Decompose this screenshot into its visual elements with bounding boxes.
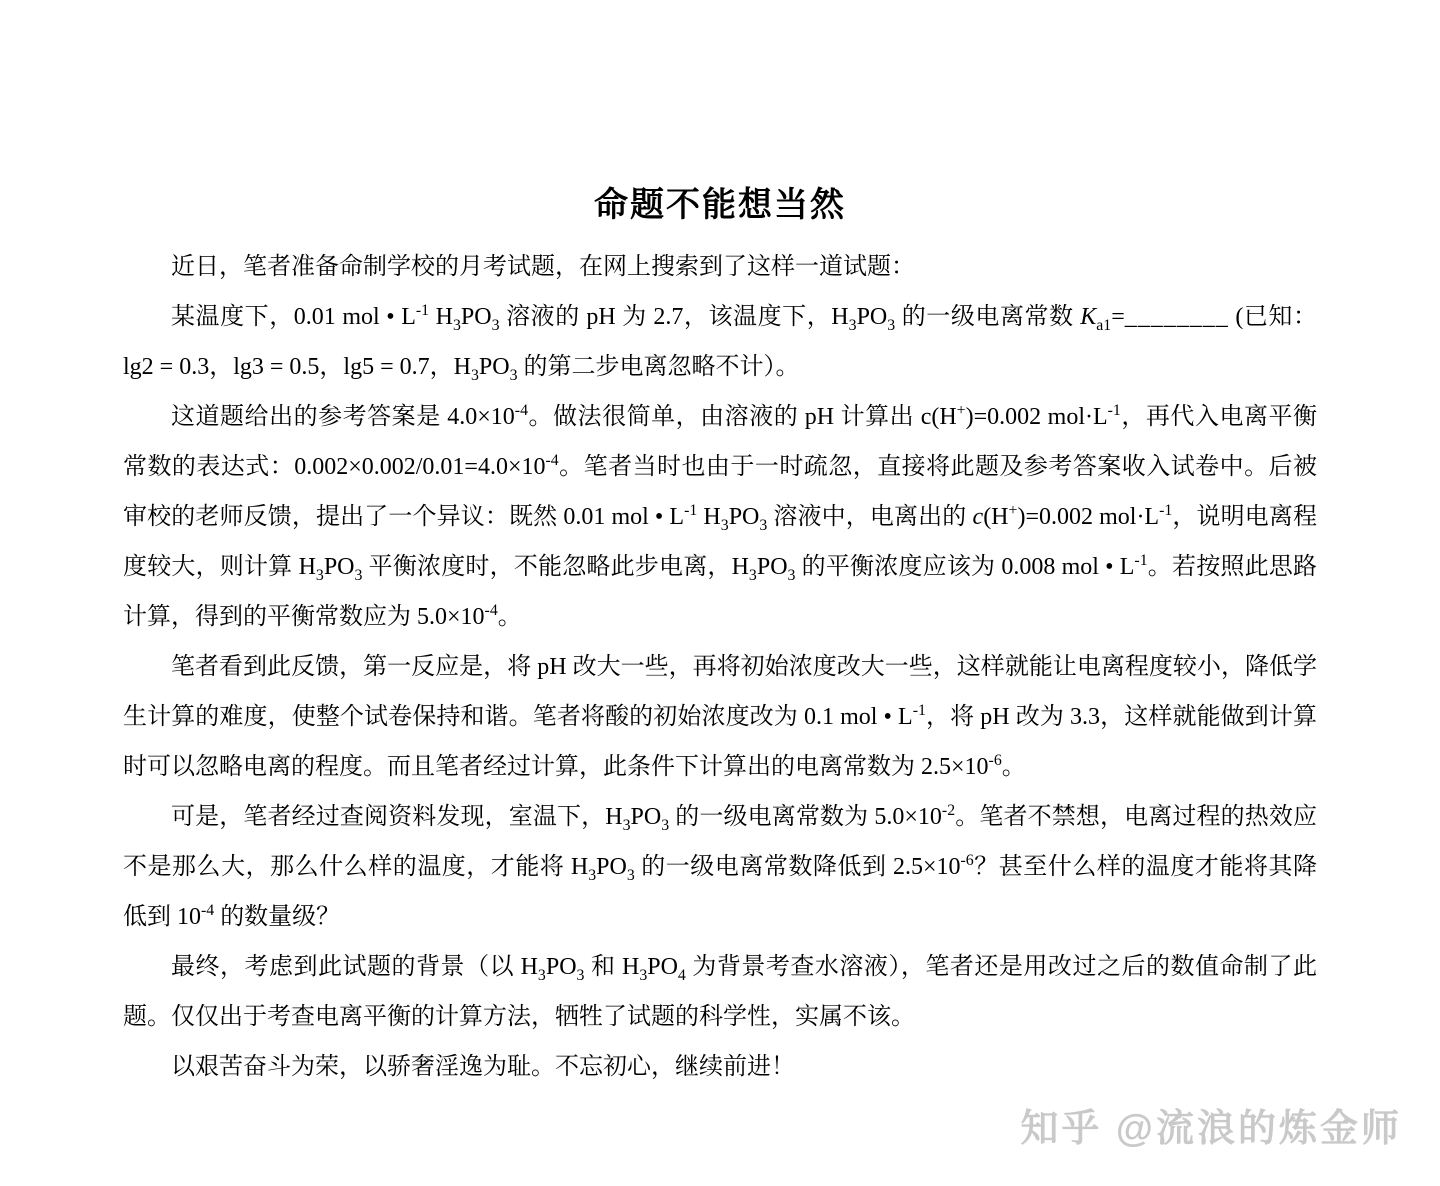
watermark: 知乎 @流浪的炼金师 xyxy=(1020,1097,1402,1152)
paragraph: 这道题给出的参考答案是 4.0×10-4。做法很简单，由溶液的 pH 计算出 c… xyxy=(123,392,1317,642)
paragraph: 可是，笔者经过查阅资料发现，室温下，H3PO3 的一级电离常数为 5.0×10-… xyxy=(123,792,1317,942)
paragraph: 最终，考虑到此试题的背景（以 H3PO3 和 H3PO4 为背景考查水溶液），笔… xyxy=(123,942,1317,1042)
article-title: 命题不能想当然 xyxy=(0,0,1440,228)
paragraph: 笔者看到此反馈，第一反应是，将 pH 改大一些，再将初始浓度改大一些，这样就能让… xyxy=(123,642,1317,792)
document-page: 命题不能想当然 近日，笔者准备命制学校的月考试题，在网上搜索到了这样一道试题：某… xyxy=(0,0,1440,1186)
paragraph: 近日，笔者准备命制学校的月考试题，在网上搜索到了这样一道试题： xyxy=(123,242,1317,292)
paragraph: 以艰苦奋斗为荣，以骄奢淫逸为耻。不忘初心，继续前进！ xyxy=(123,1042,1317,1092)
article-body: 近日，笔者准备命制学校的月考试题，在网上搜索到了这样一道试题：某温度下，0.01… xyxy=(123,242,1317,1092)
paragraph: 某温度下，0.01 mol • L-1 H3PO3 溶液的 pH 为 2.7，该… xyxy=(123,292,1317,392)
